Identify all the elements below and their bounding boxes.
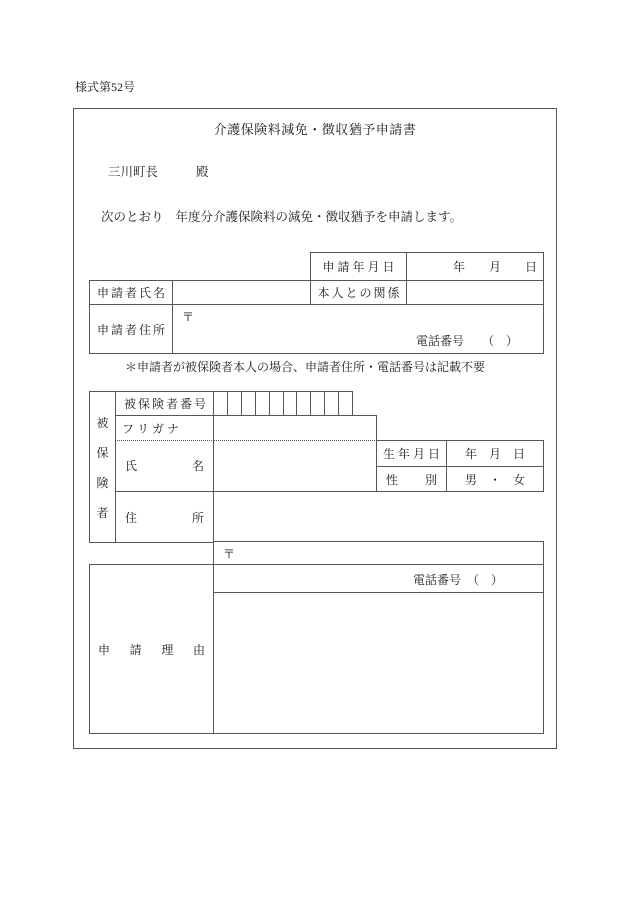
applicant-address-label: 申請者住所	[89, 304, 173, 354]
digit-box	[241, 392, 255, 415]
reason-label-char: 請	[130, 641, 142, 658]
birthdate-field: 年 月 日	[446, 440, 544, 467]
intro-suffix: 年度分介護保険料の減免・徴収猶予を申請します。	[176, 210, 463, 224]
applicant-phone-line: 電話番号 （ ）	[416, 332, 518, 349]
insured-name-label-char: 氏	[125, 457, 137, 474]
applicant-name-field	[172, 280, 311, 305]
form-number: 様式第52号	[75, 78, 135, 95]
insured-name-label: 氏 名	[115, 440, 214, 492]
insured-group-char: 被	[96, 414, 108, 431]
form-title: 介護保険料減免・徴収猶予申請書	[73, 119, 557, 138]
application-date-field: 年 月 日	[406, 252, 544, 281]
addressee-line: 三川町長殿	[108, 162, 209, 180]
digit-box	[227, 392, 241, 415]
addressee-name: 三川町長	[108, 165, 158, 179]
digit-box	[324, 392, 338, 415]
insured-number-label: 被保険者番号	[115, 391, 214, 416]
digit-box	[269, 392, 283, 415]
reason-label-char: 由	[193, 641, 205, 658]
insured-group-char: 保	[96, 444, 108, 461]
applicant-name-label: 申請者氏名	[89, 280, 173, 305]
furigana-field	[213, 415, 377, 441]
insured-group-char: 者	[96, 504, 108, 521]
application-date-label: 申請年月日	[310, 252, 407, 281]
digit-box	[255, 392, 269, 415]
reason-field	[213, 564, 544, 734]
reason-label: 申 請 理 由	[89, 564, 214, 734]
postal-mark: 〒	[223, 545, 235, 562]
digit-box	[310, 392, 324, 415]
reason-label-char: 申	[98, 641, 110, 658]
relation-label: 本人との関係	[310, 280, 407, 305]
applicant-address-field: 〒 電話番号 （ ）	[172, 304, 544, 354]
reason-label-char: 理	[161, 641, 173, 658]
intro-line: 次のとおり年度分介護保険料の減免・徴収猶予を申請します。	[101, 207, 462, 225]
birthdate-label: 生年月日	[376, 440, 447, 467]
addressee-honorific: 殿	[196, 165, 209, 179]
insured-number-boxes	[213, 391, 353, 416]
sex-field: 男 ・ 女	[446, 466, 544, 492]
insured-group-label: 被 保 険 者	[89, 391, 116, 543]
insured-address-label-char: 住	[125, 509, 137, 526]
digit-box	[214, 392, 227, 415]
digit-box	[338, 392, 352, 415]
digit-box	[296, 392, 310, 415]
intro-prefix: 次のとおり	[101, 210, 164, 224]
sex-label-char: 性	[386, 471, 398, 488]
digit-box	[283, 392, 297, 415]
postal-mark: 〒	[182, 308, 194, 325]
insured-name-label-char: 名	[192, 457, 204, 474]
sex-label-char: 別	[425, 471, 437, 488]
relation-field	[406, 280, 544, 305]
furigana-label: フ リ ガ ナ	[115, 415, 214, 441]
sex-label: 性 別	[376, 466, 447, 492]
insured-address-label-char: 所	[192, 509, 204, 526]
insured-group-char: 険	[96, 474, 108, 491]
insured-name-field	[213, 440, 377, 492]
insured-address-label: 住 所	[115, 491, 214, 543]
applicant-note: ＊申請者が被保険者本人の場合、申請者住所・電話番号は記載不要	[125, 358, 485, 375]
form-page: 様式第52号 介護保険料減免・徴収猶予申請書 三川町長殿 次のとおり年度分介護保…	[0, 0, 630, 915]
